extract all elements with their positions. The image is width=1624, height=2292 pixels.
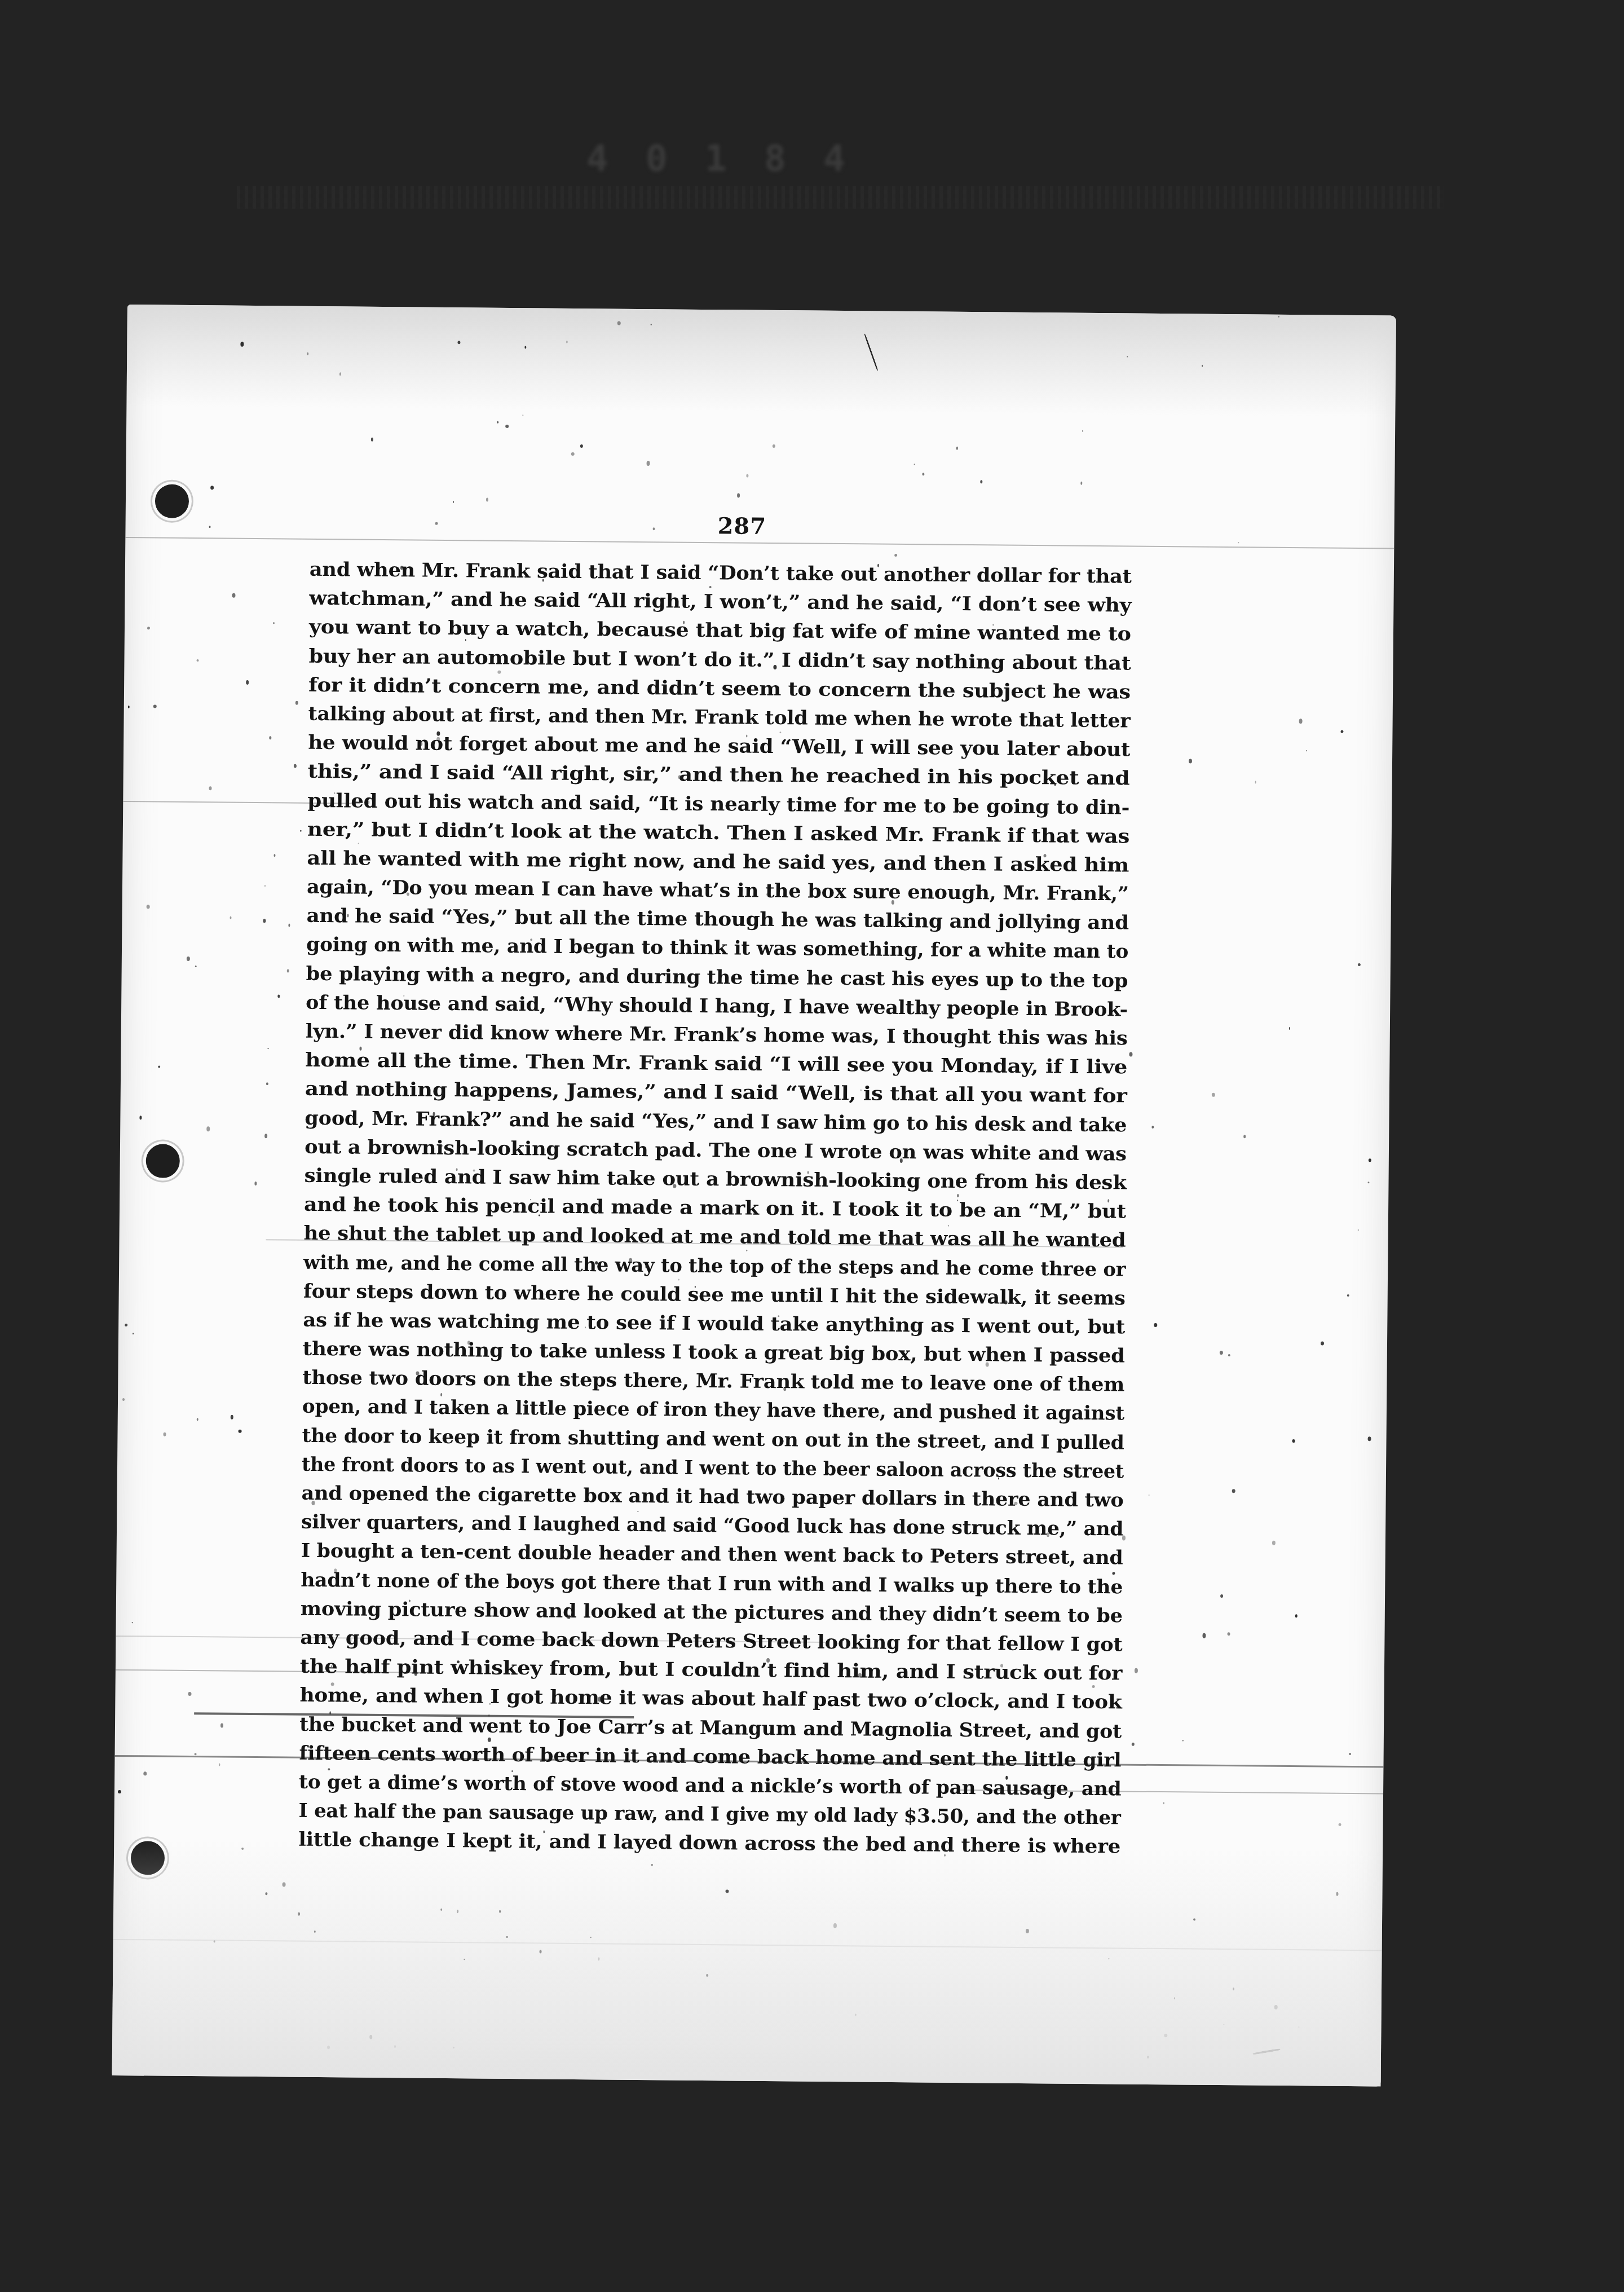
- film-header-strip: [237, 186, 1444, 209]
- film-speck: [1223, 2024, 1224, 2025]
- ink-scratch: [1252, 2048, 1281, 2055]
- film-speck: [766, 1658, 770, 1663]
- film-speck: [617, 321, 621, 325]
- film-speck: [358, 843, 359, 844]
- film-speck: [1227, 1632, 1230, 1636]
- film-speck: [647, 461, 650, 466]
- film-speck: [1014, 1502, 1017, 1505]
- film-speck: [1347, 1294, 1349, 1297]
- film-speck: [1278, 316, 1279, 318]
- film-speck: [616, 633, 618, 636]
- film-speck: [1082, 430, 1083, 432]
- film-speck: [312, 1206, 314, 1207]
- film-speck: [877, 564, 879, 567]
- film-speck: [499, 1910, 501, 1913]
- film-speck: [998, 1478, 999, 1480]
- film-speck: [329, 1711, 331, 1714]
- film-speck: [706, 1974, 708, 1977]
- film-speck: [1367, 1436, 1371, 1441]
- film-speck: [543, 1831, 545, 1833]
- film-speck: [488, 1714, 489, 1717]
- film-speck: [414, 1672, 417, 1676]
- film-speck: [828, 1557, 831, 1559]
- film-speck: [339, 372, 341, 376]
- film-speck: [571, 452, 575, 456]
- film-speck: [567, 1615, 571, 1619]
- film-speck: [948, 1225, 949, 1227]
- film-speck: [371, 438, 373, 442]
- film-speck: [488, 1738, 491, 1742]
- film-speck: [1096, 1038, 1099, 1041]
- film-speck: [263, 919, 266, 923]
- film-speck: [867, 889, 868, 891]
- page-number: 287: [717, 513, 766, 540]
- film-speck: [914, 464, 915, 465]
- film-speck: [239, 1430, 242, 1433]
- film-speck: [566, 341, 567, 343]
- film-speck: [858, 1673, 862, 1677]
- film-speck: [841, 896, 843, 898]
- film-speck: [197, 1418, 198, 1421]
- film-speck: [1274, 2005, 1278, 2009]
- film-speck: [1306, 750, 1307, 751]
- film-speck: [196, 659, 198, 662]
- film-speck: [139, 1116, 142, 1119]
- film-speck: [986, 1843, 988, 1846]
- film-speck: [944, 1854, 946, 1857]
- testimony-text: and when Mr. Frank said that I said “Don…: [298, 556, 1132, 1862]
- film-speck: [1189, 759, 1192, 763]
- film-speck: [629, 1258, 632, 1263]
- film-speck: [273, 622, 275, 624]
- film-speck: [440, 1393, 442, 1396]
- film-speck: [440, 1908, 442, 1911]
- film-speck: [1228, 1354, 1230, 1356]
- film-speck: [420, 742, 422, 746]
- film-speck: [598, 1957, 599, 1960]
- film-speck: [188, 1692, 191, 1696]
- film-speck: [294, 764, 297, 768]
- film-speck: [331, 1682, 334, 1686]
- film-speck: [307, 352, 308, 355]
- film-speck: [232, 593, 235, 598]
- punch-hole-middle: [145, 1144, 180, 1178]
- film-speck: [833, 1923, 837, 1928]
- film-speck: [334, 792, 335, 794]
- film-speck: [230, 916, 231, 919]
- film-speck: [1340, 730, 1343, 733]
- film-speck: [436, 737, 440, 741]
- film-speck: [948, 1207, 951, 1210]
- film-speck: [219, 1764, 220, 1766]
- scan-line: [113, 1939, 1382, 1951]
- film-speck: [894, 554, 897, 557]
- film-speck: [1289, 1027, 1290, 1030]
- film-speck: [486, 498, 488, 502]
- film-speck: [770, 774, 771, 775]
- film-speck: [553, 1550, 555, 1553]
- film-speck: [779, 1292, 782, 1295]
- film-speck: [1108, 1958, 1109, 1959]
- film-speck: [695, 1286, 696, 1288]
- film-speck: [1135, 1668, 1138, 1673]
- film-speck: [957, 1200, 958, 1201]
- film-speck: [311, 1501, 315, 1505]
- film-speck: [128, 706, 130, 708]
- film-speck: [209, 786, 211, 790]
- film-speck: [266, 1082, 268, 1085]
- film-speck: [456, 1168, 458, 1171]
- film-speck: [1092, 1685, 1095, 1688]
- film-speck: [269, 736, 271, 739]
- film-speck: [773, 665, 776, 669]
- film-speck: [1358, 963, 1361, 966]
- film-speck: [1112, 1572, 1115, 1575]
- film-speck: [209, 526, 211, 528]
- film-speck: [273, 854, 275, 857]
- film-speck: [957, 1194, 959, 1197]
- film-speck: [267, 1048, 268, 1049]
- film-speck: [530, 1199, 531, 1200]
- film-speck: [651, 833, 653, 835]
- film-speck: [442, 1092, 444, 1096]
- film-speck: [264, 885, 266, 887]
- film-speck: [1154, 1323, 1157, 1327]
- film-speck: [505, 425, 509, 428]
- film-speck: [956, 447, 958, 450]
- film-speck: [1369, 1158, 1371, 1162]
- film-speck: [1349, 1753, 1351, 1755]
- film-speck: [653, 527, 655, 530]
- film-speck: [359, 1047, 361, 1051]
- film-speck: [1233, 1987, 1234, 1990]
- film-speck: [651, 324, 652, 325]
- film-speck: [524, 346, 526, 349]
- film-speck: [506, 1936, 508, 1938]
- film-speck: [1232, 1489, 1235, 1493]
- film-speck: [1202, 365, 1203, 367]
- film-speck: [645, 1265, 648, 1268]
- film-speck: [489, 1703, 491, 1705]
- film-speck: [779, 731, 781, 733]
- film-speck: [1272, 1541, 1276, 1545]
- film-speck: [1122, 1535, 1126, 1540]
- film-speck: [287, 969, 289, 973]
- film-speck: [328, 1768, 330, 1770]
- film-speck: [595, 1261, 598, 1264]
- film-speck: [298, 1912, 300, 1916]
- film-frame-number: 4 0 1 8 4: [586, 138, 853, 180]
- film-speck: [678, 775, 682, 779]
- film-speck: [860, 1089, 862, 1091]
- film-speck: [945, 1322, 947, 1326]
- film-speck: [1149, 1495, 1150, 1496]
- film-speck: [147, 905, 150, 909]
- film-speck: [206, 1126, 210, 1131]
- film-speck: [530, 938, 532, 941]
- film-speck: [1238, 542, 1239, 543]
- film-speck: [327, 2046, 330, 2049]
- film-speck: [153, 704, 157, 708]
- film-speck: [163, 1432, 166, 1436]
- film-speck: [300, 830, 302, 832]
- film-speck: [354, 1206, 358, 1210]
- film-speck: [511, 1770, 513, 1772]
- film-speck: [685, 1589, 687, 1590]
- film-speck: [1151, 1126, 1154, 1129]
- film-speck: [314, 1930, 316, 1933]
- film-speck: [522, 415, 523, 416]
- film-speck: [992, 624, 994, 625]
- ink-scratch: [864, 333, 879, 371]
- film-speck: [1212, 1093, 1215, 1097]
- film-speck: [400, 566, 403, 570]
- film-speck: [241, 1848, 244, 1850]
- film-speck: [745, 1550, 748, 1554]
- film-speck: [409, 1599, 411, 1602]
- film-speck: [651, 1864, 653, 1866]
- film-speck: [1339, 1823, 1341, 1826]
- film-speck: [1321, 1342, 1324, 1346]
- film-speck: [1298, 2026, 1299, 2027]
- film-speck: [637, 1511, 638, 1512]
- punch-hole-bottom: [131, 1841, 165, 1875]
- film-speck: [1174, 1997, 1175, 1999]
- film-speck: [746, 1250, 747, 1251]
- film-speck: [288, 924, 290, 927]
- film-speck: [246, 680, 249, 685]
- film-speck: [348, 1638, 351, 1643]
- film-speck: [486, 1551, 487, 1554]
- film-speck: [737, 493, 740, 497]
- film-speck: [1026, 1929, 1029, 1933]
- film-speck: [457, 341, 460, 344]
- film-speck: [766, 893, 768, 896]
- film-speck: [1220, 1594, 1223, 1598]
- film-speck: [440, 1144, 443, 1147]
- document-page: 287 and when Mr. Frank said that I said …: [112, 305, 1396, 2087]
- film-speck: [368, 801, 369, 804]
- film-speck: [1127, 356, 1128, 357]
- film-speck: [922, 473, 924, 475]
- film-speck: [122, 1398, 125, 1401]
- film-speck: [1243, 1135, 1246, 1138]
- film-speck: [709, 586, 712, 588]
- film-speck: [254, 1182, 257, 1185]
- film-speck: [394, 2045, 396, 2048]
- film-speck: [435, 522, 438, 525]
- film-speck: [1295, 1614, 1298, 1617]
- film-speck: [849, 1443, 851, 1445]
- film-speck: [457, 1660, 460, 1663]
- film-speck: [539, 1214, 540, 1216]
- film-speck: [1163, 1802, 1164, 1804]
- film-speck: [465, 639, 466, 641]
- film-speck: [1049, 1180, 1052, 1183]
- film-speck: [1000, 1664, 1003, 1668]
- film-speck: [986, 1362, 989, 1367]
- film-speck: [1358, 1229, 1359, 1231]
- punch-hole-top: [155, 484, 189, 518]
- film-speck: [433, 1112, 435, 1116]
- film-speck: [1220, 1351, 1223, 1355]
- film-speck: [1004, 1301, 1008, 1304]
- film-speck: [1080, 482, 1082, 485]
- film-speck: [598, 1696, 601, 1702]
- film-speck: [746, 474, 748, 478]
- film-speck: [1182, 1740, 1184, 1741]
- film-speck: [283, 1883, 286, 1887]
- film-speck: [976, 1121, 978, 1125]
- film-speck: [133, 1333, 134, 1334]
- film-speck: [1336, 1892, 1338, 1896]
- film-speck: [1054, 783, 1056, 786]
- film-speck: [1202, 1633, 1206, 1638]
- film-speck: [464, 1959, 465, 1960]
- film-speck: [147, 627, 150, 629]
- microfilm-frame: 4 0 1 8 4 287 and when Mr. Frank said th…: [0, 0, 1624, 2292]
- film-speck: [1005, 1776, 1008, 1780]
- film-speck: [118, 1790, 121, 1793]
- film-speck: [855, 2013, 857, 2016]
- film-speck: [1147, 2056, 1149, 2059]
- film-speck: [264, 1134, 267, 1138]
- film-speck: [231, 1415, 233, 1420]
- film-speck: [1132, 1743, 1135, 1746]
- film-speck: [347, 914, 349, 917]
- film-speck: [195, 966, 197, 967]
- film-speck: [773, 444, 775, 448]
- film-speck: [1047, 1532, 1049, 1537]
- film-speck: [457, 1910, 458, 1913]
- film-speck: [974, 946, 977, 950]
- film-speck: [158, 1066, 160, 1068]
- film-speck: [678, 1279, 679, 1281]
- film-speck: [140, 1868, 142, 1871]
- film-speck: [214, 1940, 215, 1942]
- film-speck: [540, 1950, 542, 1953]
- film-speck: [369, 2035, 372, 2039]
- film-speck: [778, 1315, 779, 1317]
- film-speck: [453, 2047, 454, 2048]
- film-speck: [892, 900, 894, 905]
- film-speck: [1299, 719, 1303, 724]
- film-speck: [579, 751, 580, 752]
- film-speck: [407, 892, 409, 896]
- film-speck: [1292, 1439, 1295, 1443]
- film-speck: [187, 957, 190, 961]
- film-speck: [585, 1326, 586, 1328]
- film-speck: [1367, 1182, 1369, 1183]
- film-speck: [240, 342, 244, 347]
- film-speck: [580, 444, 583, 448]
- film-speck: [195, 1753, 197, 1755]
- film-speck: [590, 1937, 592, 1938]
- film-speck: [416, 1372, 419, 1376]
- film-speck: [807, 1171, 809, 1174]
- film-speck: [842, 1638, 844, 1641]
- film-speck: [318, 1295, 320, 1298]
- film-speck: [473, 1169, 475, 1171]
- film-speck: [683, 621, 685, 624]
- film-speck: [436, 731, 440, 736]
- film-speck: [277, 994, 280, 998]
- film-speck: [1129, 1052, 1132, 1057]
- film-speck: [295, 701, 298, 705]
- film-speck: [980, 480, 982, 483]
- film-speck: [334, 1568, 337, 1572]
- film-speck: [132, 1622, 133, 1623]
- film-speck: [1193, 1919, 1195, 1921]
- film-speck: [746, 735, 747, 738]
- film-speck: [210, 486, 214, 490]
- film-speck: [453, 501, 454, 503]
- film-speck: [265, 1892, 267, 1895]
- film-speck: [999, 668, 1001, 671]
- film-speck: [403, 995, 404, 997]
- film-speck: [656, 922, 658, 925]
- film-speck: [143, 1771, 147, 1775]
- film-speck: [497, 671, 501, 674]
- film-speck: [783, 1387, 786, 1391]
- film-speck: [1107, 1199, 1109, 1202]
- film-speck: [1164, 2034, 1167, 2037]
- film-speck: [725, 1889, 729, 1893]
- film-speck: [497, 421, 498, 424]
- film-speck: [1255, 781, 1256, 783]
- film-speck: [220, 1724, 223, 1728]
- film-speck: [1044, 854, 1047, 857]
- film-speck: [673, 1184, 676, 1188]
- film-speck: [921, 1011, 923, 1013]
- film-speck: [331, 1665, 332, 1667]
- film-speck: [125, 1324, 127, 1326]
- film-speck: [542, 579, 544, 581]
- film-speck: [663, 1492, 664, 1494]
- film-speck: [467, 1341, 470, 1345]
